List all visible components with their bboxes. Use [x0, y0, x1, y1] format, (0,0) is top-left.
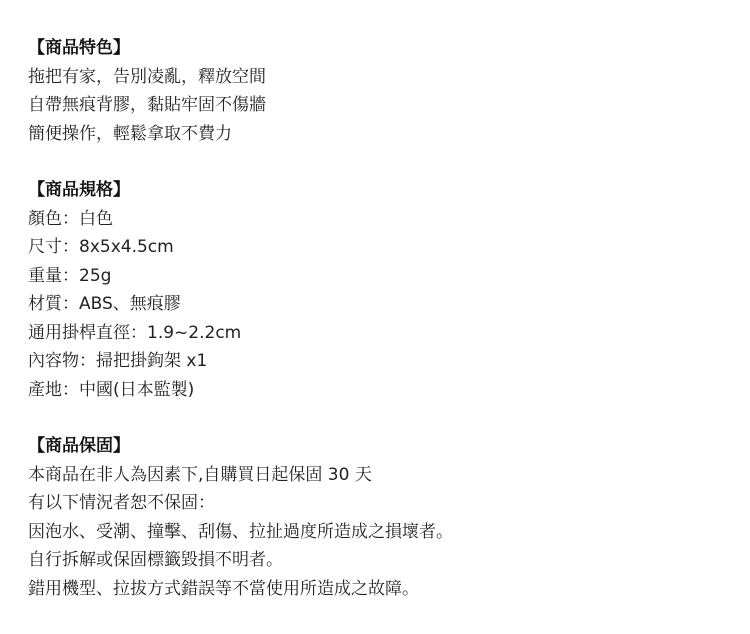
specs-section: 【商品規格】 顏色：白色 尺寸：8x5x4.5cm 重量：25g 材質：ABS、… [28, 176, 728, 404]
spec-material: 材質：ABS、無痕膠 [28, 290, 728, 319]
warranty-line: 因泡水、受潮、撞擊、刮傷、拉扯過度所造成之損壞者。 [28, 518, 728, 547]
warranty-line: 有以下情況者恕不保固： [28, 489, 728, 518]
specs-title: 【商品規格】 [28, 176, 728, 205]
warranty-line: 錯用機型、拉拔方式錯誤等不當使用所造成之故障。 [28, 575, 728, 604]
product-description: 【商品特色】 拖把有家，告別凌亂，釋放空間 自帶無痕背膠，黏貼牢固不傷牆 簡便操… [28, 34, 728, 631]
warranty-title: 【商品保固】 [28, 432, 728, 461]
features-title: 【商品特色】 [28, 34, 728, 63]
feature-line: 拖把有家，告別凌亂，釋放空間 [28, 63, 728, 92]
spec-rod-diameter: 通用掛桿直徑：1.9~2.2cm [28, 319, 728, 348]
spec-contents: 內容物：掃把掛鉤架 x1 [28, 347, 728, 376]
spec-size: 尺寸：8x5x4.5cm [28, 233, 728, 262]
spec-color: 顏色：白色 [28, 205, 728, 234]
feature-line: 簡便操作，輕鬆拿取不費力 [28, 120, 728, 149]
feature-line: 自帶無痕背膠，黏貼牢固不傷牆 [28, 91, 728, 120]
spec-weight: 重量：25g [28, 262, 728, 291]
features-section: 【商品特色】 拖把有家，告別凌亂，釋放空間 自帶無痕背膠，黏貼牢固不傷牆 簡便操… [28, 34, 728, 148]
warranty-line: 本商品在非人為因素下,自購買日起保固 30 天 [28, 461, 728, 490]
warranty-section: 【商品保固】 本商品在非人為因素下,自購買日起保固 30 天 有以下情況者恕不保… [28, 432, 728, 603]
warranty-line: 自行拆解或保固標籤毀損不明者。 [28, 546, 728, 575]
spec-origin: 產地：中國(日本監製) [28, 376, 728, 405]
